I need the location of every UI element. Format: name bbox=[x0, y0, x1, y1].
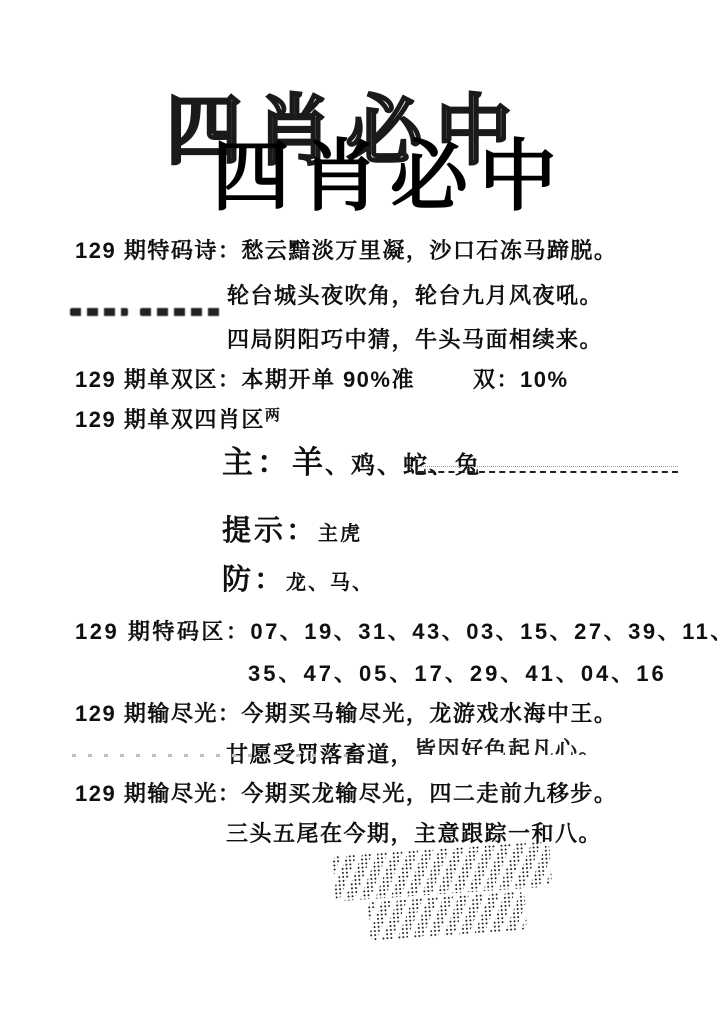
hint-value: 主虎 bbox=[318, 523, 362, 545]
guard-line: 防：龙、马、 bbox=[222, 557, 374, 598]
even-value: 双：10% bbox=[473, 367, 569, 392]
verse1-label: 129 期输尽光： bbox=[75, 701, 241, 726]
poem-text-3: 四局阴阳巧中猜，牛头马面相续来。 bbox=[227, 327, 603, 352]
erased-text-smudge-right bbox=[140, 308, 224, 316]
four-zodiac-label: 129 期单双四肖区 bbox=[75, 407, 265, 432]
verse1-text-1: 今期买马输尽光，龙游戏水海中王。 bbox=[241, 701, 617, 726]
flyer-page: 四肖必中 四肖必中 129 期特码诗：愁云黯淡万里凝，沙口石冻马蹄脱。 轮台城头… bbox=[0, 0, 727, 1024]
faded-dots-artifact bbox=[72, 754, 352, 757]
poem-line-2: 轮台城头夜吹角，轮台九月风夜吼。 bbox=[227, 279, 603, 310]
verse2-label: 129 期输尽光： bbox=[75, 781, 241, 806]
verse2-text-1: 今期买龙输尽光，四二走前九移步。 bbox=[241, 781, 617, 806]
erased-text-smudge-left bbox=[70, 308, 128, 316]
special-numbers-line-2: 35、47、05、17、29、41、04、16 bbox=[248, 657, 667, 688]
verse1-text-2b-clipped: 皆因好色起凡心。 bbox=[414, 738, 602, 755]
main-pick-primary: 羊 bbox=[292, 445, 325, 480]
poem-text-2: 轮台城头夜吹角，轮台九月风夜吼。 bbox=[227, 283, 603, 308]
odd-even-label: 129 期单双区： bbox=[75, 367, 241, 392]
poem-line-3: 四局阴阳巧中猜，牛头马面相续来。 bbox=[227, 323, 603, 354]
poem-label: 129 期特码诗： bbox=[75, 238, 241, 263]
odd-even-line: 129 期单双区：本期开单 90%准双：10% bbox=[75, 363, 569, 394]
redacted-stamp-block-2 bbox=[367, 891, 527, 942]
four-zodiac-note: 两 bbox=[265, 407, 280, 424]
poem-text-1: 愁云黯淡万里凝，沙口石冻马蹄脱。 bbox=[241, 238, 617, 263]
page-title: 四肖必中 bbox=[212, 114, 568, 226]
guard-label: 防： bbox=[222, 564, 286, 596]
main-picks-label: 主： bbox=[222, 445, 292, 480]
dashed-underline bbox=[418, 466, 678, 473]
special-numbers-2: 35、47、05、17、29、41、04、16 bbox=[248, 661, 667, 686]
poem-line-1: 129 期特码诗：愁云黯淡万里凝，沙口石冻马蹄脱。 bbox=[75, 234, 617, 265]
special-numbers-1: 07、19、31、43、03、15、27、39、11、23、 bbox=[250, 619, 727, 644]
hint-label: 提示： bbox=[222, 515, 318, 547]
special-numbers-line-1: 129 期特码区：07、19、31、43、03、15、27、39、11、23、 bbox=[75, 615, 727, 646]
odd-value: 本期开单 90%准 bbox=[241, 367, 415, 392]
verse2-line-1: 129 期输尽光：今期买龙输尽光，四二走前九移步。 bbox=[75, 777, 617, 808]
guard-value: 龙、马、 bbox=[286, 572, 374, 594]
hint-line: 提示：主虎 bbox=[222, 508, 362, 549]
verse1-line-1: 129 期输尽光：今期买马输尽光，龙游戏水海中王。 bbox=[75, 697, 617, 728]
main-picks-line: 主：羊、鸡、蛇、兔 bbox=[222, 437, 481, 482]
four-zodiac-zone-line: 129 期单双四肖区两 bbox=[75, 403, 280, 434]
special-numbers-label: 129 期特码区： bbox=[75, 619, 250, 644]
